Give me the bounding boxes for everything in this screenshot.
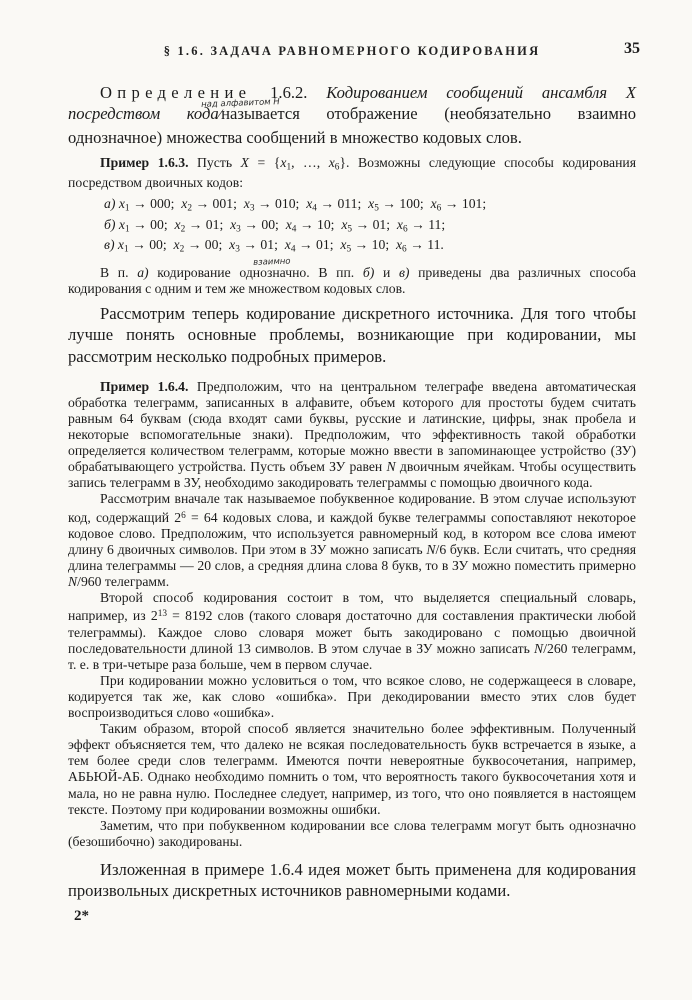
transition-paragraph: Рассмотрим теперь кодирование дискретног… (68, 303, 636, 367)
text-segment: Заметим, что при побуквенном кодировании… (68, 818, 636, 849)
text-segment: X (241, 155, 249, 170)
remark-paragraph: В п. а) кодированиевзаимно однозначно. В… (68, 263, 636, 297)
note-paragraph: Заметим, что при побуквенном кодировании… (68, 818, 636, 850)
text-segment: → 01; (295, 237, 340, 252)
text-segment: Пример 1.6.3. (100, 155, 197, 170)
example-164-paragraph: Пример 1.6.4. Предположим, что на центра… (68, 379, 636, 492)
text-segment: → 001; (192, 196, 244, 211)
text-segment: а) (104, 196, 115, 211)
text-segment: в) (399, 265, 410, 280)
text-segment: N (534, 641, 543, 656)
text-segment: и (374, 265, 399, 280)
text-segment: → 00; (184, 237, 229, 252)
text-segment: N (386, 459, 395, 474)
text-segment: б) (104, 217, 115, 232)
text-segment: → 011; (317, 196, 368, 211)
example-163-paragraph: Пример 1.6.3. Пусть X = {x1, …, x6}. Воз… (68, 155, 636, 192)
code-line-b: б) x1 → 00; x2 → 01; x3 → 00; x4 → 10; x… (68, 217, 636, 237)
text-segment: → 11. (407, 237, 444, 252)
code-line-v: в) x1 → 00; x2 → 00; x3 → 01; x4 → 01; x… (68, 237, 636, 257)
text-segment: Рассмотрим теперь кодирование дискретног… (68, 304, 636, 366)
page-number: 35 (624, 40, 640, 58)
text-segment: а) (137, 265, 148, 280)
dictionary-coding-paragraph: Второй способ кодирования состоит в том,… (68, 590, 636, 673)
text-segment: В п. (100, 265, 137, 280)
text-segment: → 01; (185, 217, 230, 232)
document-page: § 1.6. ЗАДАЧА РАВНОМЕРНОГО КОДИРОВАНИЯ 3… (0, 0, 692, 1000)
conclusion-paragraph: Изложенная в примере 1.6.4 идея может бы… (68, 859, 636, 902)
page-header: § 1.6. ЗАДАЧА РАВНОМЕРНОГО КОДИРОВАНИЯ 3… (68, 42, 636, 60)
content: Определение 1.6.2. Кодированием сообщени… (68, 82, 636, 902)
error-word-paragraph: При кодировании можно условиться о том, … (68, 673, 636, 721)
text-segment: → 000; (130, 196, 182, 211)
text-segment: → 01; (352, 217, 397, 232)
text-segment: → 00; (129, 237, 174, 252)
text-segment: Таким образом, второй способ является зн… (68, 721, 636, 816)
text-segment: , …, (291, 155, 329, 170)
text-segment: → 01; (240, 237, 285, 252)
effectiveness-paragraph: Таким образом, второй способ является зн… (68, 721, 636, 818)
definition-paragraph: Определение 1.6.2. Кодированием сообщени… (68, 82, 636, 148)
code-line-a: а) x1 → 000; x2 → 001; x3 → 010; x4 → 01… (68, 196, 636, 216)
text-segment: N (426, 542, 435, 557)
text-segment: → 010; (254, 196, 306, 211)
text-segment: б) (363, 265, 374, 280)
text-segment: Пусть (197, 155, 241, 170)
text-segment: → 10; (351, 237, 396, 252)
section-title: § 1.6. ЗАДАЧА РАВНОМЕРНОГО КОДИРОВАНИЯ (164, 44, 541, 58)
text-segment: N (68, 574, 77, 589)
text-segment: → 00; (130, 217, 175, 232)
text-segment: → 101; (441, 196, 486, 211)
text-segment: = { (249, 155, 280, 170)
text-segment: однозначно. В пп. (231, 265, 363, 280)
text-segment: При кодировании можно условиться о том, … (68, 673, 636, 720)
text-segment: Пример 1.6.4. (100, 379, 197, 394)
text-segment: → 100; (379, 196, 431, 211)
text-segment: Изложенная в примере 1.6.4 идея может бы… (68, 860, 636, 900)
text-segment: в) (104, 237, 115, 252)
text-segment: /960 телеграмм. (77, 574, 169, 589)
letter-coding-paragraph: Рассмотрим вначале так называемое побукв… (68, 491, 636, 590)
text-segment: → 00; (241, 217, 286, 232)
text-segment: → 10; (296, 217, 341, 232)
text-segment: 13 (158, 609, 167, 619)
page-footer: 2* (68, 907, 636, 925)
text-segment: → 11; (408, 217, 446, 232)
signature-mark: 2* (74, 908, 89, 924)
text-segment: кодирование (149, 265, 231, 280)
